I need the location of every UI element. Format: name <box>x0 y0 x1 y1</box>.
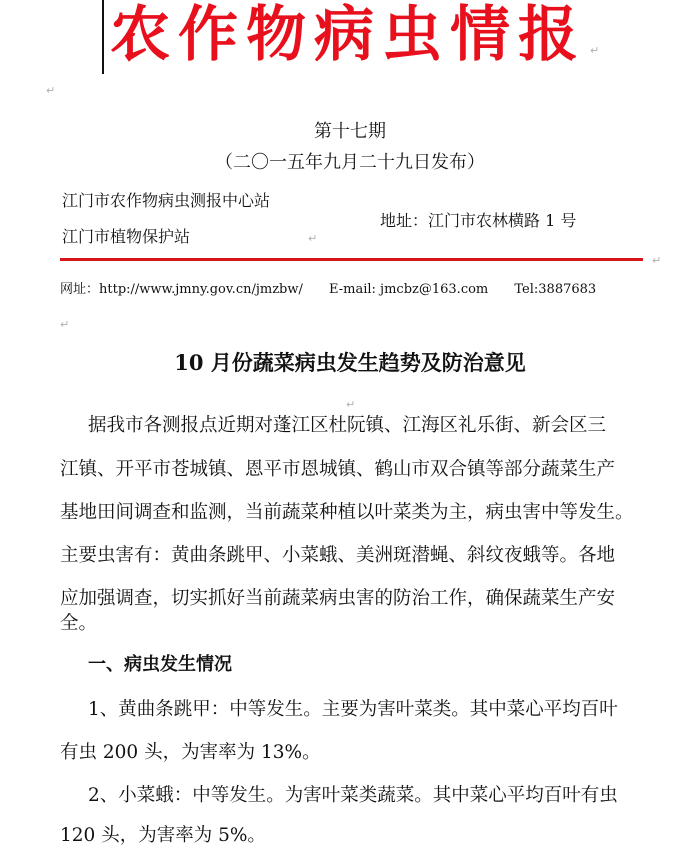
item2-line: 2、小菜蛾：中等发生。为害叶菜类蔬菜。其中菜心平均百叶有虫 <box>88 786 618 806</box>
intro-line: 全。 <box>60 614 97 634</box>
item1-line: 有虫 200 头，为害率为 13%。 <box>60 743 321 763</box>
article-title: 10 月份蔬菜病虫发生趋势及防治意见 <box>0 347 700 377</box>
paragraph-mark: ↵ <box>60 318 69 331</box>
item1-line: 1、黄曲条跳甲：中等发生。主要为害叶菜类。其中菜心平均百叶 <box>88 700 618 720</box>
telephone: Tel:3887683 <box>514 282 596 297</box>
intro-line: 基地田间调查和监测，当前蔬菜种植以叶菜类为主，病虫害中等发生。 <box>60 503 634 523</box>
red-divider <box>60 258 643 261</box>
intro-line: 主要虫害有：黄曲条跳甲、小菜蛾、美洲斑潜蝇、斜纹夜蛾等。各地 <box>60 546 615 566</box>
website-link[interactable]: 网址：http://www.jmny.gov.cn/jmzbw/ <box>60 282 303 297</box>
paragraph-mark: ↵ <box>308 232 317 245</box>
paragraph-mark: ↵ <box>346 398 355 411</box>
issue-number: 第十七期 <box>0 117 700 143</box>
intro-line: 江镇、开平市苍城镇、恩平市恩城镇、鹤山市双合镇等部分蔬菜生产 <box>60 460 615 480</box>
contact-line: 网址：http://www.jmny.gov.cn/jmzbw/ E-mail:… <box>60 278 618 297</box>
text-cursor-bar <box>102 0 104 74</box>
intro-line: 应加强调查，切实抓好当前蔬菜病虫害的防治工作，确保蔬菜生产安 <box>60 589 615 609</box>
paragraph-mark: ↵ <box>652 254 661 267</box>
intro-line: 据我市各测报点近期对蓬江区杜阮镇、江海区礼乐街、新会区三 <box>88 416 606 436</box>
publish-date: （二〇一五年九月二十九日发布） <box>0 148 700 174</box>
masthead-title: 农作物病虫情报 <box>110 0 586 72</box>
org-plant-protection: 江门市植物保护站 <box>62 224 190 247</box>
email-link[interactable]: E-mail: jmcbz@163.com <box>329 282 488 297</box>
paragraph-mark: ↵ <box>46 84 55 97</box>
item2-line: 120 头，为害率为 5%。 <box>60 826 266 846</box>
section-heading-occurrence: 一、病虫发生情况 <box>88 650 232 676</box>
address: 地址：江门市农林横路 1 号 <box>380 208 576 231</box>
paragraph-mark: ↵ <box>590 44 599 57</box>
org-station-forecast: 江门市农作物病虫测报中心站 <box>62 188 270 211</box>
